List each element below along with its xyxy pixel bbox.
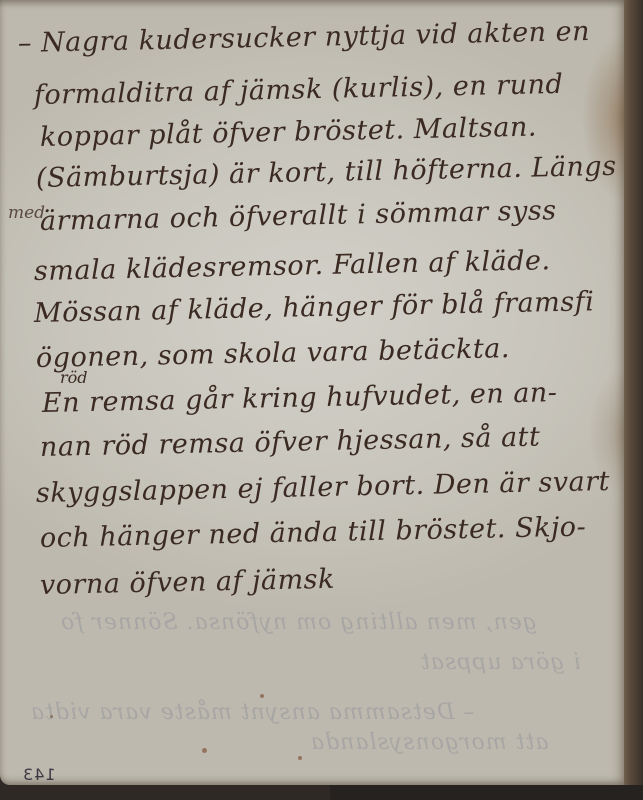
paper-page: gen, men allting om nyfönsa. Sönner fo i… [0, 0, 624, 785]
text-line-5: ärmarna och öfverallt i sömmar syss [40, 195, 557, 237]
text-line-13: vorna öfven af jämsk [40, 564, 335, 601]
text-line-1: – Nagra kudersucker nyttja vid akten en [18, 16, 591, 59]
background-shadow [330, 785, 643, 800]
text-line-9: En remsa går kring hufvudet, en an- [42, 377, 558, 419]
text-line-10: nan röd remsa öfver hjessan, så att [40, 422, 541, 463]
text-line-4: (Sämburtsja) är kort, till höfterna. Län… [36, 151, 617, 194]
text-line-6: smala klädesremsor. Fallen af kläde. [34, 245, 551, 287]
page-number: 143 [22, 765, 56, 784]
handwritten-text: – Nagra kudersucker nyttja vid akten en … [0, 0, 624, 785]
insertion-rod: röd [60, 368, 88, 387]
text-line-11: skyggslappen ej faller bort. Den är svar… [36, 466, 611, 509]
text-line-2: formalditra af jämsk (kurlis), en rund [34, 69, 564, 111]
text-line-3: koppar plåt öfver bröstet. Maltsan. [40, 112, 538, 153]
text-line-7: Mössan af kläde, hänger för blå framsfi [34, 286, 595, 329]
text-line-12: och hänger ned ända till bröstet. Skjo- [40, 512, 587, 554]
text-line-8: ögonen, som skola vara betäckta. [36, 333, 511, 374]
manuscript-photo: gen, men allting om nyfönsa. Sönner fo i… [0, 0, 643, 800]
book-spine-edge [621, 0, 643, 800]
